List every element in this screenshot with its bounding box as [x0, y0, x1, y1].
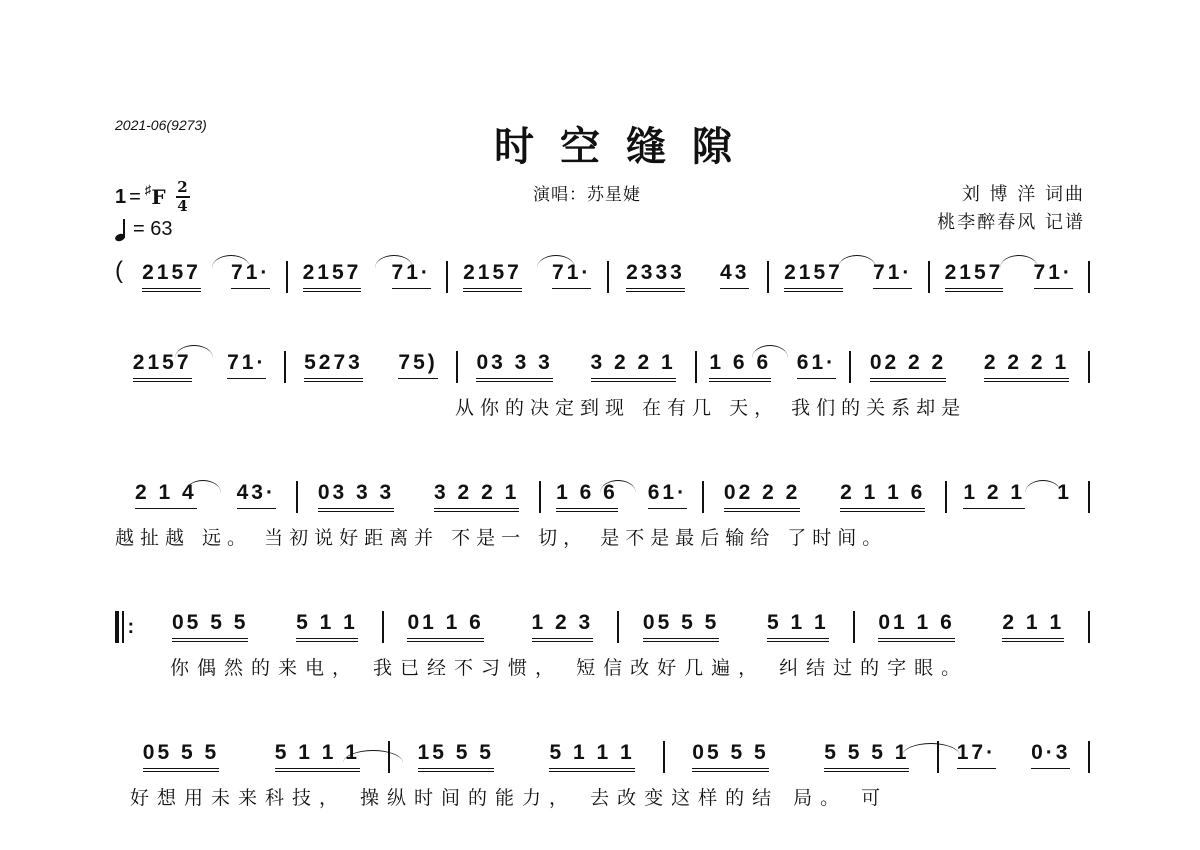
note-group: 5 5 5 1	[824, 741, 909, 775]
note-group: 01 1 6	[878, 611, 954, 645]
measure: 17· 0·3	[939, 735, 1088, 775]
note-group: 05 5 5	[143, 741, 219, 775]
note-group: 02 2 2	[724, 481, 800, 515]
note-group: 2157	[463, 261, 522, 295]
key-equals: =	[129, 186, 141, 209]
measure: 02 2 2 2 1 1 6	[704, 475, 945, 515]
measure: 1 2 1 1	[947, 475, 1088, 515]
time-numerator: 2	[177, 180, 187, 195]
note-group: 75)	[398, 351, 437, 385]
note-group: 3 2 2 1	[434, 481, 519, 515]
note-group: 2 1 1	[1002, 611, 1064, 645]
score-line-4: : 05 5 5 5 1 1 01 1 6 1 2 3 05 5 5 5 1 1…	[115, 605, 1090, 665]
note-group: 03 3 3	[476, 351, 552, 385]
note-group: 2 2 2 1	[984, 351, 1069, 385]
note-group: 5 1 1	[296, 611, 358, 645]
score-line-1: ( 2157 71· 2157 71· 2157 71· 2333 43 215…	[115, 255, 1090, 315]
note-group: 2 1 1 6	[840, 481, 925, 515]
lyrics: 好想用未来科技， 操纵时间的能力， 去改变这样的结 局。 可	[130, 783, 1090, 813]
note-group: 1 2 1	[963, 481, 1025, 515]
barline	[1088, 481, 1090, 513]
note-group: 2333	[626, 261, 685, 295]
note-group: 05 5 5	[643, 611, 719, 645]
note-group: 05 5 5	[172, 611, 248, 645]
lyrics: 越扯越 远。 当初说好距离并 不是一 切， 是不是最后输给 了时间。	[115, 523, 1090, 553]
note-group: 43·	[237, 481, 276, 515]
note-group: 02 2 2	[870, 351, 946, 385]
key-signature: 1 = ♯ F 2 4	[115, 180, 190, 214]
note-group: 71·	[227, 351, 266, 385]
measure: 2157 71·	[288, 255, 447, 295]
measure: 02 2 2 2 2 2 1	[851, 345, 1088, 385]
time-denominator: 4	[177, 199, 187, 214]
measure: 05 5 5 5 1 1	[148, 605, 381, 645]
note-group: 71·	[873, 261, 912, 295]
score-line-2: 2157 71· 5273 75) 03 3 3 3 2 2 1 1 6 6 6…	[115, 345, 1090, 405]
lyrics: 从你的决定到现 在有几 天， 我们的关系却是	[455, 393, 1090, 423]
repeat-start-sign: :	[115, 611, 134, 645]
measure: 2157 71·	[448, 255, 607, 295]
note-group: 1 2 3	[532, 611, 594, 645]
time-signature: 2 4	[176, 180, 190, 214]
song-title: 时空缝隙	[0, 115, 1200, 172]
note-group: 61·	[648, 481, 687, 515]
measure: 15 5 5 5 1 1 1	[390, 735, 663, 775]
key-tonic: 1	[115, 186, 126, 209]
measure: 01 1 6 1 2 3	[384, 605, 617, 645]
note-group: 3 2 2 1	[591, 351, 676, 385]
lyrics: 你偶然的来电， 我已经不习惯， 短信改好几遍， 纠结过的字眼。	[170, 653, 1090, 683]
measure: 03 3 3 3 2 2 1	[298, 475, 539, 515]
note-group: 5 1 1 1	[549, 741, 634, 775]
note-group: 2157	[303, 261, 362, 295]
measure: 2157 71·	[127, 255, 286, 295]
measure: 5273 75)	[286, 345, 455, 385]
note-group: 05 5 5	[692, 741, 768, 775]
barline	[1088, 611, 1090, 643]
barline	[1088, 261, 1090, 293]
note-group: 01 1 6	[407, 611, 483, 645]
note-group: 43	[720, 261, 749, 295]
note-group: 1	[1057, 481, 1072, 515]
note-group: 2157	[945, 261, 1004, 295]
note-group: 2157	[784, 261, 843, 295]
note-group: 71·	[1034, 261, 1073, 295]
note-group: 17·	[957, 741, 996, 775]
measure: 01 1 6 2 1 1	[855, 605, 1088, 645]
singer-credit: 演唱：苏星婕	[533, 180, 641, 205]
opening-parenthesis: (	[115, 257, 123, 295]
measure: 05 5 5 5 5 5 1	[665, 735, 938, 775]
note-group: 03 3 3	[318, 481, 394, 515]
measure: 03 3 3 3 2 2 1	[458, 345, 695, 385]
note-group: 5 1 1	[767, 611, 829, 645]
score-line-3: 2 1 4 43· 03 3 3 3 2 2 1 1 6 6 61· 02 2 …	[115, 475, 1090, 535]
quarter-note-icon	[115, 219, 129, 241]
composer-credit: 刘 博 洋 词曲	[962, 180, 1085, 206]
barline	[1088, 741, 1090, 773]
measure: 2333 43	[609, 255, 768, 295]
measure: 05 5 5 5 1 1	[619, 605, 852, 645]
note-group: 5273	[304, 351, 363, 385]
key-note: F	[151, 185, 165, 209]
note-group: 0·3	[1031, 741, 1070, 775]
barline	[1088, 351, 1090, 383]
note-group: 2157	[142, 261, 201, 295]
tempo-value: = 63	[133, 218, 172, 241]
sharp-icon: ♯	[145, 182, 152, 197]
note-group: 15 5 5	[418, 741, 494, 775]
note-group: 61·	[797, 351, 836, 385]
tempo-marking: = 63	[115, 218, 172, 241]
transcriber-credit: 桃李醉春风 记谱	[937, 208, 1085, 234]
